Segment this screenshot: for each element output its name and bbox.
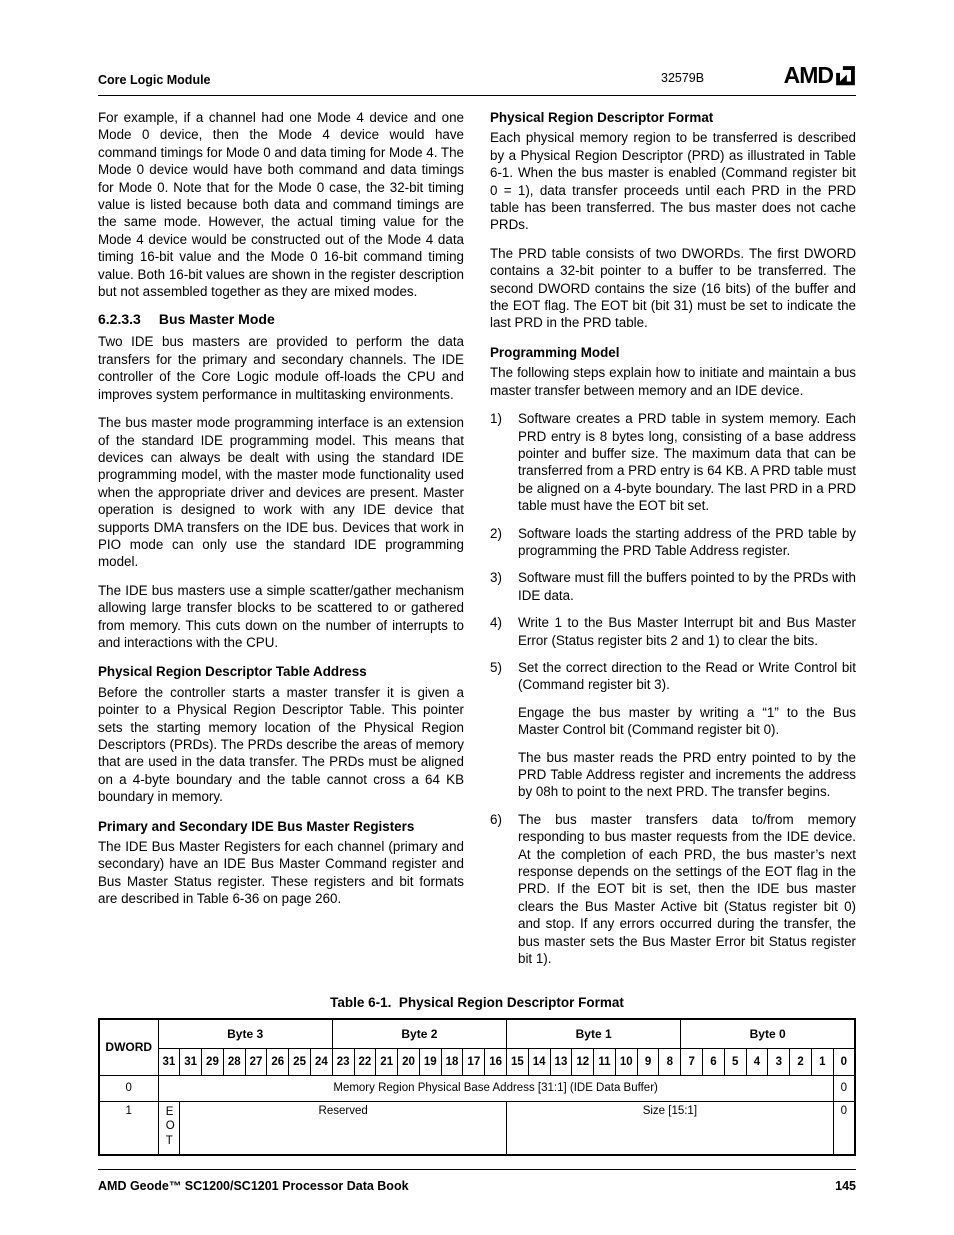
bit-label: 24 (310, 1048, 332, 1075)
paragraph: Before the controller starts a master tr… (98, 684, 464, 806)
body-columns: For example, if a channel had one Mode 4… (98, 109, 856, 985)
bit-label: 17 (463, 1048, 485, 1075)
footer-page-number: 145 (835, 1179, 856, 1193)
bit-number-row: 31 31 29 28 27 26 25 24 23 22 21 20 19 1… (99, 1048, 855, 1075)
table-cell-bit0: 0 (833, 1075, 855, 1101)
bit-label: 9 (637, 1048, 659, 1075)
bit-label: 23 (332, 1048, 354, 1075)
bit-label: 21 (376, 1048, 398, 1075)
paragraph: The PRD table consists of two DWORDs. Th… (490, 245, 856, 332)
table-row: 0 Memory Region Physical Base Address [3… (99, 1075, 855, 1101)
bit-label: 11 (594, 1048, 616, 1075)
amd-logo-text: AMD (784, 64, 833, 87)
dword-corner-header: DWORD (99, 1019, 158, 1075)
page-footer: AMD Geode™ SC1200/SC1201 Processor Data … (98, 1169, 856, 1193)
document-page: Core Logic Module 32579B AMD For example… (0, 0, 954, 1235)
bit-label: 18 (441, 1048, 463, 1075)
list-item: 2) Software loads the starting address o… (490, 525, 856, 560)
byte-group-header: Byte 0 (681, 1019, 855, 1048)
bit-label: 2 (790, 1048, 812, 1075)
subheading: Physical Region Descriptor Table Address (98, 663, 464, 680)
paragraph: The following steps explain how to initi… (490, 364, 856, 399)
paragraph: For example, if a channel had one Mode 4… (98, 109, 464, 300)
paragraph: The IDE Bus Master Registers for each ch… (98, 838, 464, 908)
header-section-title: Core Logic Module (98, 73, 211, 87)
table-section: Table 6-1. Physical Region Descriptor Fo… (98, 995, 856, 1156)
subheading: Primary and Secondary IDE Bus Master Reg… (98, 818, 464, 835)
section-number: 6.2.3.3 (98, 311, 141, 327)
list-number: 1) (490, 410, 518, 514)
bit-label: 26 (267, 1048, 289, 1075)
bit-label: 31 (158, 1048, 180, 1075)
paragraph: Each physical memory region to be transf… (490, 129, 856, 233)
bit-label: 8 (659, 1048, 681, 1075)
column-right: Physical Region Descriptor Format Each p… (490, 109, 856, 977)
bit-label: 31 (180, 1048, 202, 1075)
table-cell-reserved: Reserved (180, 1101, 507, 1155)
list-number: 5) (490, 659, 518, 694)
bit-label: 13 (550, 1048, 572, 1075)
bit-label: 27 (245, 1048, 267, 1075)
list-item: 3) Software must fill the buffers pointe… (490, 569, 856, 604)
subheading: Programming Model (490, 344, 856, 361)
bit-label: 12 (572, 1048, 594, 1075)
bit-label: 22 (354, 1048, 376, 1075)
header-doc-number: 32579B (661, 71, 704, 85)
bit-label: 10 (615, 1048, 637, 1075)
byte-header-row: DWORD Byte 3 Byte 2 Byte 1 Byte 0 (99, 1019, 855, 1048)
bit-label: 16 (485, 1048, 507, 1075)
footer-book-title: AMD Geode™ SC1200/SC1201 Processor Data … (98, 1179, 409, 1193)
section-title: Bus Master Mode (159, 311, 275, 327)
list-text: Write 1 to the Bus Master Interrupt bit … (518, 614, 856, 649)
eot-label: EOT (166, 1105, 172, 1149)
list-text: Set the correct direction to the Read or… (518, 659, 856, 694)
list-item: 1) Software creates a PRD table in syste… (490, 410, 856, 514)
list-number: 4) (490, 614, 518, 649)
table-cell-bit0: 0 (833, 1101, 855, 1155)
bit-label: 15 (507, 1048, 529, 1075)
bit-label: 4 (746, 1048, 768, 1075)
bit-label: 28 (223, 1048, 245, 1075)
list-number: 6) (490, 811, 518, 968)
list-continuation: The bus master reads the PRD entry point… (518, 749, 856, 801)
byte-group-header: Byte 1 (507, 1019, 681, 1048)
list-text: The bus master transfers data to/from me… (518, 811, 856, 968)
list-number: 3) (490, 569, 518, 604)
column-left: For example, if a channel had one Mode 4… (98, 109, 464, 919)
table-cell-size: Size [15:1] (507, 1101, 834, 1155)
paragraph: Two IDE bus masters are provided to perf… (98, 333, 464, 403)
amd-arrow-icon (835, 65, 856, 86)
dword-row-label: 1 (99, 1101, 158, 1155)
list-text: Software must fill the buffers pointed t… (518, 569, 856, 604)
bit-label: 3 (768, 1048, 790, 1075)
subheading: Physical Region Descriptor Format (490, 109, 856, 126)
bit-label: 14 (528, 1048, 550, 1075)
list-item: 5) Set the correct direction to the Read… (490, 659, 856, 694)
table-cell-eot: EOT (158, 1101, 180, 1155)
bit-label: 0 (833, 1048, 855, 1075)
byte-group-header: Byte 2 (332, 1019, 506, 1048)
bit-label: 29 (202, 1048, 224, 1075)
page-header: Core Logic Module 32579B AMD (98, 64, 856, 96)
section-heading: 6.2.3.3Bus Master Mode (98, 311, 464, 327)
list-item: 6) The bus master transfers data to/from… (490, 811, 856, 968)
dword-row-label: 0 (99, 1075, 158, 1101)
bit-label: 19 (419, 1048, 441, 1075)
paragraph: The bus master mode programming interfac… (98, 414, 464, 571)
bit-label: 6 (703, 1048, 725, 1075)
bit-label: 7 (681, 1048, 703, 1075)
prd-format-table: DWORD Byte 3 Byte 2 Byte 1 Byte 0 31 31 … (98, 1018, 856, 1156)
list-item: 4) Write 1 to the Bus Master Interrupt b… (490, 614, 856, 649)
table-cell-address: Memory Region Physical Base Address [31:… (158, 1075, 833, 1101)
paragraph: The IDE bus masters use a simple scatter… (98, 582, 464, 652)
list-text: Software creates a PRD table in system m… (518, 410, 856, 514)
table-row: 1 EOT Reserved Size [15:1] 0 (99, 1101, 855, 1155)
amd-logo: AMD (784, 64, 856, 87)
bit-label: 20 (398, 1048, 420, 1075)
byte-group-header: Byte 3 (158, 1019, 332, 1048)
list-text: Software loads the starting address of t… (518, 525, 856, 560)
bit-label: 25 (289, 1048, 311, 1075)
bit-label: 5 (724, 1048, 746, 1075)
list-number: 2) (490, 525, 518, 560)
table-caption: Table 6-1. Physical Region Descriptor Fo… (98, 995, 856, 1010)
list-continuation: Engage the bus master by writing a “1” t… (518, 704, 856, 739)
bit-label: 1 (811, 1048, 833, 1075)
